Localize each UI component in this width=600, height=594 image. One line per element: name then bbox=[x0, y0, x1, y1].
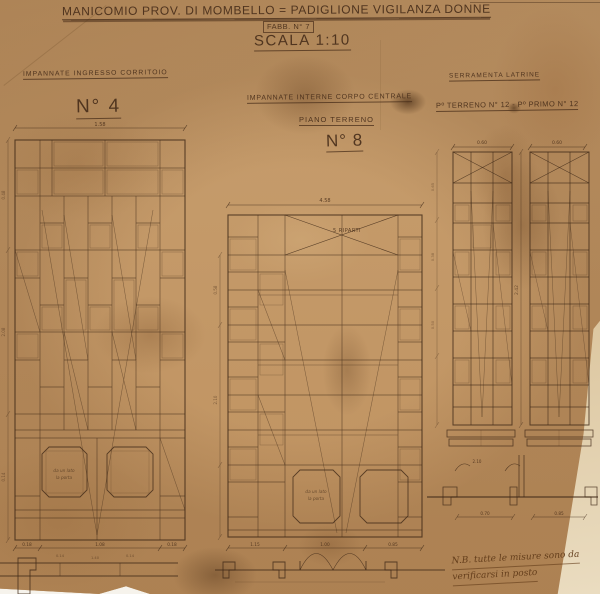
left-side-dimension-chain: 0.48 2.08 0.14 bbox=[1, 137, 10, 543]
right-dim-b: 0.60 bbox=[552, 140, 562, 146]
middle-dim-side: 0.58 bbox=[213, 285, 218, 294]
middle-top-dimension: 4.58 bbox=[226, 198, 424, 208]
right-dim-side: 0.50 bbox=[430, 320, 435, 329]
middle-dim: 1.15 bbox=[250, 542, 260, 548]
middle-section-count: N° 8 bbox=[326, 131, 364, 152]
left-top-dimension: 1.58 bbox=[13, 122, 187, 131]
left-panel-note: la porta bbox=[56, 475, 73, 480]
drawing-sheet: MANICOMIO PROV. DI MOMBELLO = PADIGLIONE… bbox=[0, 0, 600, 594]
left-dim-top: 1.58 bbox=[94, 122, 105, 128]
left-section-count: N° 4 bbox=[76, 96, 122, 119]
right-section-label: SERRAMENTA LATRINE bbox=[449, 71, 540, 79]
left-dim-side: 2.08 bbox=[1, 327, 6, 336]
sheet-title: MANICOMIO PROV. DI MOMBELLO = PADIGLIONE… bbox=[62, 2, 491, 19]
middle-dim-side: 2.10 bbox=[213, 395, 218, 404]
middle-inner-panes bbox=[230, 239, 420, 480]
left-dim: 0.18 bbox=[22, 542, 32, 548]
left-frame bbox=[15, 140, 185, 540]
middle-panel-note: la porta bbox=[308, 496, 325, 501]
scale-label-text: SCALA 1:10 bbox=[254, 31, 351, 51]
left-plan-section bbox=[0, 558, 178, 594]
middle-opening-diagonals bbox=[258, 270, 398, 533]
right-window-b bbox=[530, 152, 589, 425]
left-dim-small: 0.14 bbox=[56, 554, 65, 558]
right-plan-section: 2.10 0.70 0.85 bbox=[427, 455, 598, 520]
middle-section-count-text: N° 8 bbox=[326, 131, 364, 153]
right-top-dimensions: 0.60 0.60 bbox=[451, 140, 587, 150]
left-bottom-dimension: 0.18 1.08 0.18 0.14 1.40 0.14 bbox=[13, 542, 187, 560]
middle-section-label: IMPANNATE INTERNE CORPO CENTRALE bbox=[247, 93, 412, 102]
middle-dim: 0.85 bbox=[388, 542, 398, 548]
middle-section-label-text: IMPANNATE INTERNE CORPO CENTRALE bbox=[247, 93, 412, 104]
scale-label: SCALA 1:10 bbox=[254, 31, 351, 49]
right-section-sublabel: Pº TERRENO N° 12 - Pº PRIMO N° 12 bbox=[436, 99, 579, 110]
left-grid bbox=[15, 140, 185, 540]
left-dim: 0.18 bbox=[167, 542, 177, 548]
middle-section-sublabel-text: PIANO TERRENO bbox=[299, 115, 374, 126]
right-latrine-windows: 0.60 0.60 bbox=[425, 125, 600, 594]
middle-section-sublabel: PIANO TERRENO bbox=[299, 115, 374, 124]
left-dim-side: 0.14 bbox=[1, 472, 6, 481]
middle-side-dimension-chain: 0.58 2.10 bbox=[213, 252, 222, 540]
left-section-label: IMPANNATE INGRESSO CORRITOIO bbox=[23, 69, 168, 78]
left-opening-diagonals bbox=[15, 210, 185, 535]
middle-bottom-dimension: 1.15 1.00 0.85 bbox=[226, 542, 424, 551]
left-dim-small: 1.40 bbox=[91, 556, 100, 560]
right-section-label-text: SERRAMENTA LATRINE bbox=[449, 71, 540, 81]
right-dim-plan: 0.85 bbox=[554, 511, 564, 516]
left-window-elevation: 1.58 bbox=[0, 120, 210, 594]
right-dim-plan: 0.70 bbox=[480, 511, 490, 516]
right-dim-height: 2.42 bbox=[514, 285, 520, 295]
right-window-a bbox=[453, 152, 512, 425]
left-section-label-text: IMPANNATE INGRESSO CORRITOIO bbox=[23, 69, 168, 80]
middle-panel-note: da un lato bbox=[305, 489, 327, 494]
right-dim-a: 0.60 bbox=[477, 140, 487, 146]
right-dim-side: 0.38 bbox=[430, 252, 435, 261]
middle-door-elevation: 4.58 5 RIPARTI bbox=[215, 185, 445, 594]
middle-door-panels: da un lato la porta bbox=[293, 470, 408, 523]
sheet-title-text: MANICOMIO PROV. DI MOMBELLO = PADIGLIONE… bbox=[62, 2, 491, 21]
right-sill-moldings bbox=[447, 430, 593, 446]
nb-footnote: N.B. tutte le misure sono da verificarsi… bbox=[451, 548, 580, 587]
left-dim-small: 0.14 bbox=[126, 554, 135, 558]
middle-dim-top: 4.58 bbox=[319, 198, 330, 204]
left-panel-note: da un lato bbox=[53, 468, 75, 473]
right-section-sublabel-text: Pº TERRENO N° 12 - Pº PRIMO N° 12 bbox=[436, 99, 579, 112]
left-dim-side: 0.48 bbox=[1, 190, 6, 199]
middle-transom-brace: 5 RIPARTI bbox=[285, 215, 398, 255]
middle-brace-note: 5 RIPARTI bbox=[333, 228, 361, 234]
left-door-panels: da un lato la porta bbox=[42, 447, 153, 497]
right-side-dimension-chain: 0.65 0.38 0.50 bbox=[430, 149, 439, 428]
middle-dim: 1.00 bbox=[320, 542, 330, 548]
right-dim-side: 0.65 bbox=[430, 182, 435, 191]
middle-plan-section bbox=[215, 554, 445, 583]
left-section-count-text: N° 4 bbox=[76, 96, 122, 120]
right-plan-note: 2.10 bbox=[473, 459, 482, 464]
right-height-dimension: 2.42 bbox=[514, 149, 523, 428]
left-dim: 1.08 bbox=[95, 542, 105, 548]
